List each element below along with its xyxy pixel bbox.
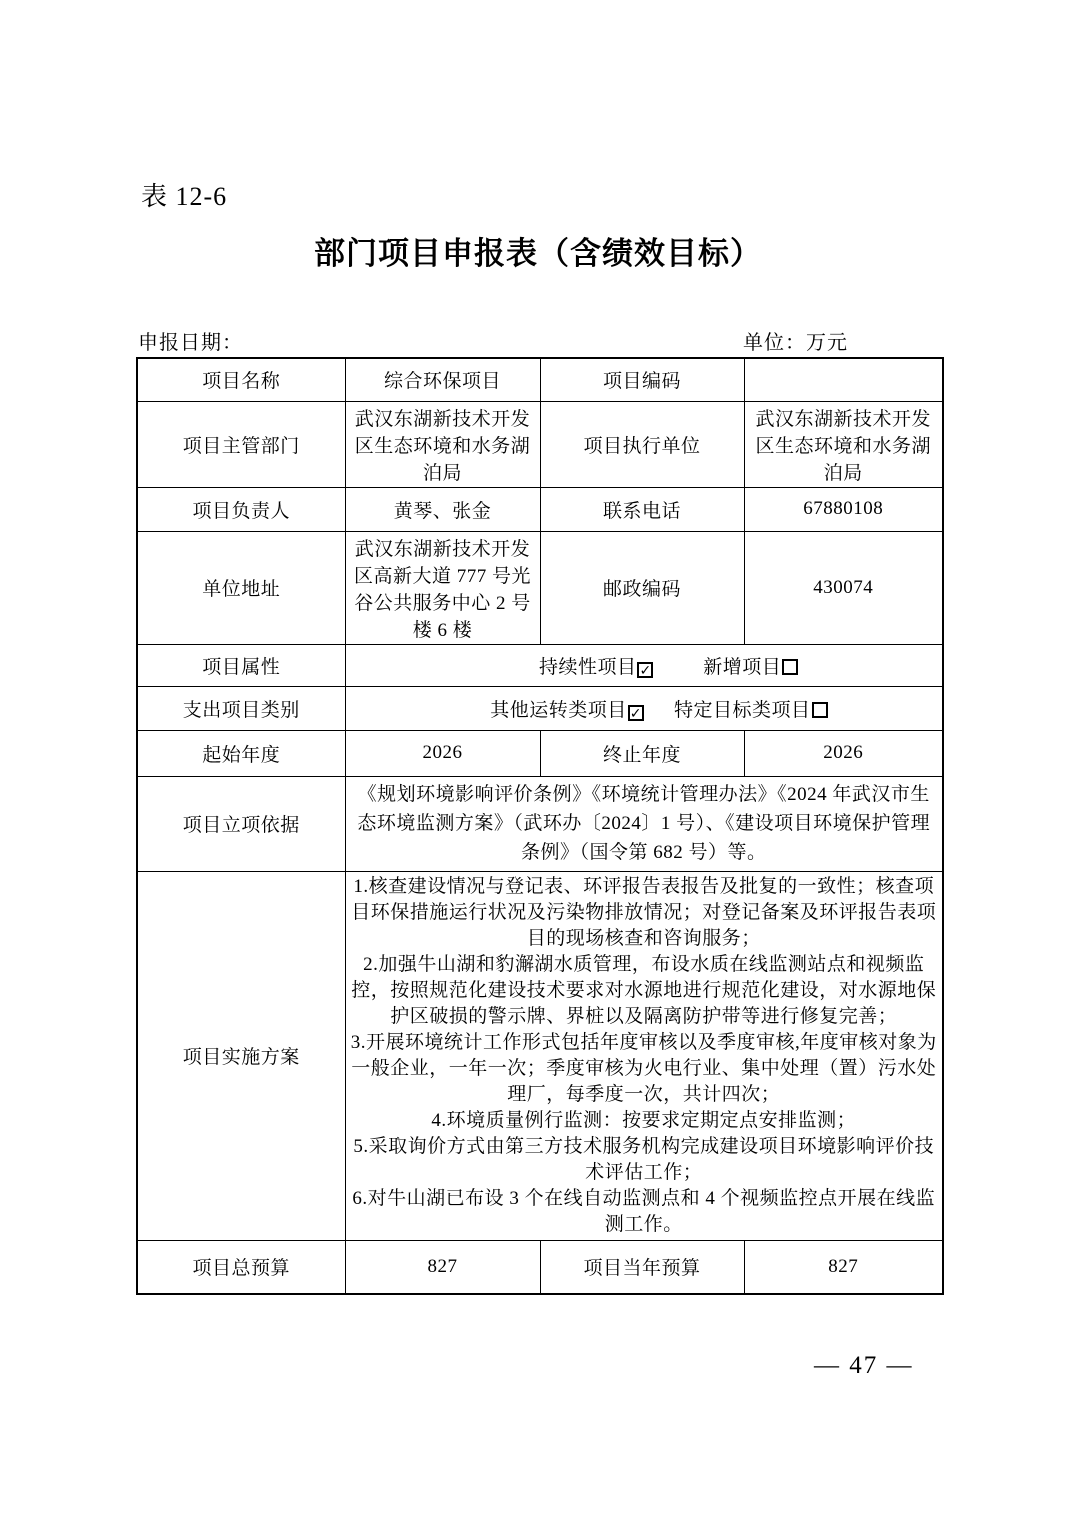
row-address-postal: 单位地址 武汉东湖新技术开发区高新大道 777 号光谷公共服务中心 2 号楼 6… — [137, 531, 943, 644]
document-page: 表 12-6 部门项目申报表（含绩效目标） 申报日期： 单位：万元 项目名称 综… — [0, 0, 1074, 1520]
implementation-plan-value: 1.核查建设情况与登记表、环评报告表报告及批复的一致性；核查项目环保措施运行状况… — [345, 871, 943, 1240]
option-other-operational: 其他运转类项目✓ — [460, 695, 674, 722]
option-specific-goal: 特定目标类项目 — [674, 695, 828, 722]
row-project-attribute: 项目属性 持续性项目✓新增项目 — [137, 644, 943, 686]
approval-basis-label: 项目立项依据 — [137, 776, 345, 871]
postal-code-label: 邮政编码 — [540, 531, 744, 644]
start-year-value: 2026 — [345, 730, 540, 776]
unit-address-label: 单位地址 — [137, 531, 345, 644]
checkbox-other-operational-checked-icon: ✓ — [628, 705, 644, 721]
project-name-label: 项目名称 — [137, 358, 345, 401]
contact-phone-label: 联系电话 — [540, 487, 744, 531]
row-leader-phone: 项目负责人 黄琴、张金 联系电话 67880108 — [137, 487, 943, 531]
project-code-value — [744, 358, 943, 401]
application-form-table: 项目名称 综合环保项目 项目编码 项目主管部门 武汉东湖新技术开发区生态环境和水… — [136, 357, 944, 1295]
option-new-label: 新增项目 — [703, 657, 781, 678]
total-budget-label: 项目总预算 — [137, 1240, 345, 1294]
option-continuous-project: 持续性项目✓ — [489, 652, 703, 679]
table-number: 表 12-6 — [141, 176, 227, 213]
checkbox-specific-goal-unchecked-icon — [812, 702, 828, 718]
end-year-label: 终止年度 — [540, 730, 744, 776]
contact-phone-value: 67880108 — [744, 487, 943, 531]
unit-address-value: 武汉东湖新技术开发区高新大道 777 号光谷公共服务中心 2 号楼 6 楼 — [345, 531, 540, 644]
total-budget-value: 827 — [345, 1240, 540, 1294]
declare-date-label: 申报日期： — [138, 326, 243, 355]
postal-code-value: 430074 — [744, 531, 943, 644]
approval-basis-value: 《规划环境影响评价条例》《环境统计管理办法》《2024 年武汉市生态环境监测方案… — [345, 776, 943, 871]
end-year-value: 2026 — [744, 730, 943, 776]
project-attribute-options: 持续性项目✓新增项目 — [345, 644, 943, 686]
executing-unit-label: 项目执行单位 — [540, 401, 744, 487]
executing-unit-value: 武汉东湖新技术开发区生态环境和水务湖泊局 — [744, 401, 943, 487]
project-leader-label: 项目负责人 — [137, 487, 345, 531]
project-attribute-label: 项目属性 — [137, 644, 345, 686]
competent-dept-label: 项目主管部门 — [137, 401, 345, 487]
current-year-budget-value: 827 — [744, 1240, 943, 1294]
current-year-budget-label: 项目当年预算 — [540, 1240, 744, 1294]
option-other-operational-label: 其他运转类项目 — [490, 700, 627, 721]
option-continuous-label: 持续性项目 — [539, 657, 637, 678]
project-name-value: 综合环保项目 — [345, 358, 540, 401]
start-year-label: 起始年度 — [137, 730, 345, 776]
meta-row: 申报日期： 单位：万元 — [136, 326, 940, 352]
expense-category-label: 支出项目类别 — [137, 686, 345, 730]
row-expense-category: 支出项目类别 其他运转类项目✓特定目标类项目 — [137, 686, 943, 730]
page-number: — 47 — — [814, 1352, 914, 1380]
row-departments: 项目主管部门 武汉东湖新技术开发区生态环境和水务湖泊局 项目执行单位 武汉东湖新… — [137, 401, 943, 487]
row-budget: 项目总预算 827 项目当年预算 827 — [137, 1240, 943, 1294]
row-project-name: 项目名称 综合环保项目 项目编码 — [137, 358, 943, 401]
expense-category-options: 其他运转类项目✓特定目标类项目 — [345, 686, 943, 730]
checkbox-continuous-checked-icon: ✓ — [637, 662, 653, 678]
row-years: 起始年度 2026 终止年度 2026 — [137, 730, 943, 776]
competent-dept-value: 武汉东湖新技术开发区生态环境和水务湖泊局 — [345, 401, 540, 487]
project-leader-value: 黄琴、张金 — [345, 487, 540, 531]
option-new-project: 新增项目 — [703, 652, 798, 679]
project-code-label: 项目编码 — [540, 358, 744, 401]
unit-label: 单位：万元 — [743, 326, 848, 355]
checkbox-new-unchecked-icon — [782, 659, 798, 675]
page-title: 部门项目申报表（含绩效目标） — [136, 228, 940, 273]
row-approval-basis: 项目立项依据 《规划环境影响评价条例》《环境统计管理办法》《2024 年武汉市生… — [137, 776, 943, 871]
row-implementation-plan: 项目实施方案 1.核查建设情况与登记表、环评报告表报告及批复的一致性；核查项目环… — [137, 871, 943, 1240]
implementation-plan-label: 项目实施方案 — [137, 871, 345, 1240]
option-specific-goal-label: 特定目标类项目 — [674, 700, 811, 721]
